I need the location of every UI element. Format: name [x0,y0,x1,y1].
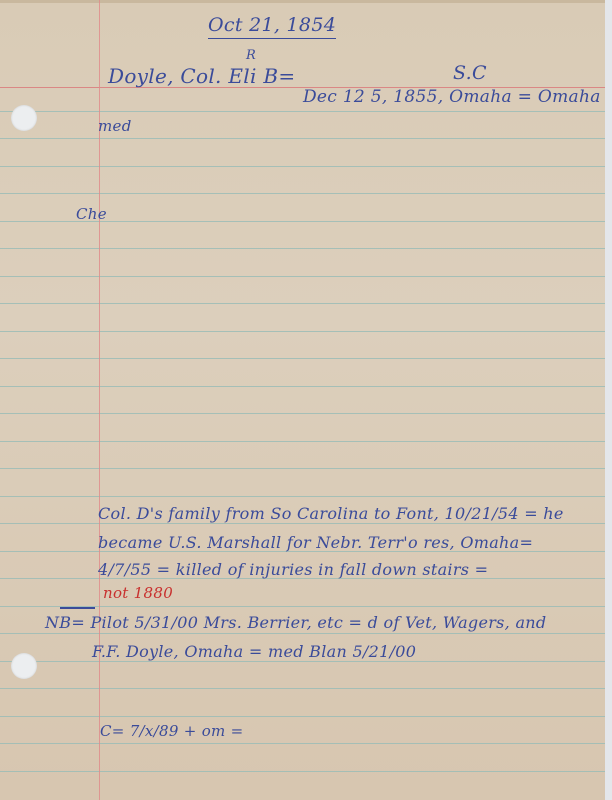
red-annotation: not 1880 [103,584,173,602]
rule [0,166,605,167]
rule [0,771,605,772]
rule [0,358,605,359]
rule [0,468,605,469]
binder-hole-bottom [11,653,37,679]
name-superscript: R [246,48,256,63]
rule [0,248,605,249]
nb-overline-mark [60,607,95,609]
note-med: med [98,117,132,135]
note-che: Che [76,205,107,223]
rule [0,523,605,524]
rule [0,633,605,634]
rule [0,276,605,277]
paragraph-line-2: became U.S. Marshall for Nebr. Terr'o re… [98,533,533,552]
nb-line-2: F.F. Doyle, Omaha = med Blan 5/21/00 [92,642,416,661]
paragraph-line-3: 4/7/55 = killed of injuries in fall down… [98,560,488,579]
rule [0,386,605,387]
binder-hole-top [11,105,37,131]
rule [0,661,605,662]
rule [0,441,605,442]
rule [0,331,605,332]
rule [0,193,605,194]
state-label: S.C [453,62,487,84]
paragraph-line-1: Col. D's family from So Carolina to Font… [98,504,564,523]
nb-line-1: NB= Pilot 5/31/00 Mrs. Berrier, etc = d … [45,613,546,632]
header-date: Oct 21, 1854 [208,14,336,39]
death-line: Dec 12 5, 1855, Omaha = Omaha [303,87,601,107]
name-line: Doyle, Col. Eli B= [108,64,295,88]
page-top-edge [0,0,612,3]
rule [0,303,605,304]
rule [0,111,605,112]
rule [0,688,605,689]
rule [0,496,605,497]
rule [0,138,605,139]
footer-note: C= 7/x/89 + om = [100,722,244,740]
scan-right-edge [605,0,612,800]
notebook-page: Oct 21, 1854 Doyle, Col. Eli B= R S.C De… [0,0,612,800]
rule [0,413,605,414]
rule [0,743,605,744]
rule [0,716,605,717]
